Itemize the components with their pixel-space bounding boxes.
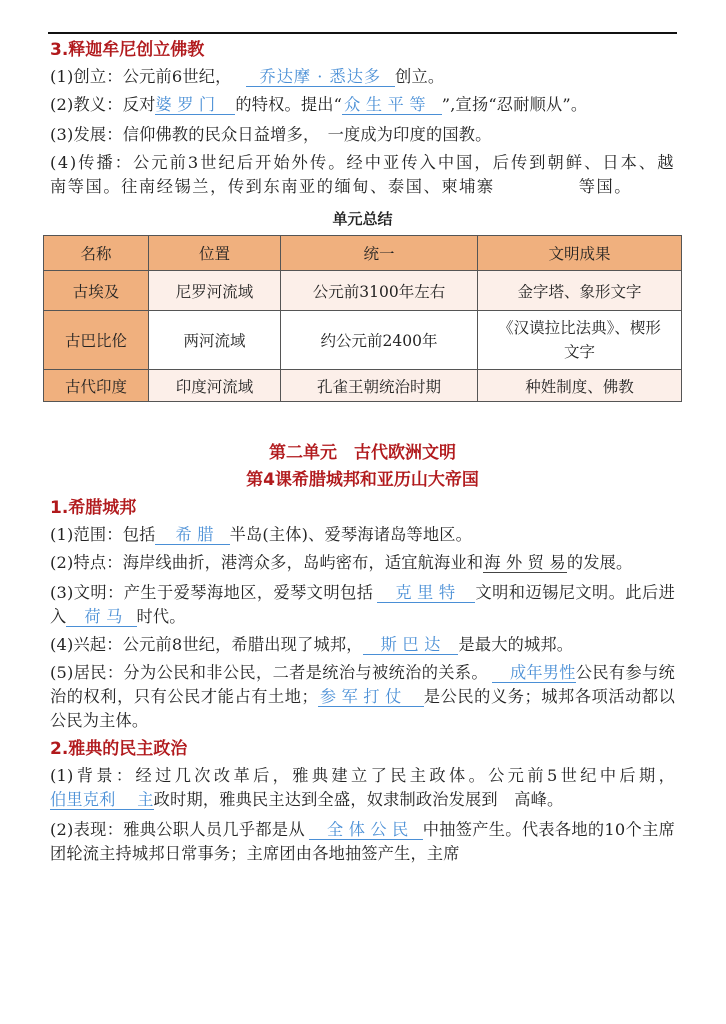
table-cell: 约公元前2400年 [281,311,478,370]
table-header-cell: 文明成果 [478,236,682,271]
item-civilization: (3)文明：产生于爱琴海地区，爱琴文明包括克 里 特文明和迈锡尼文明。此后进入荷… [50,581,675,629]
table-cell: 两河流域 [149,311,281,370]
answer-blank: 伯里克利 主 [50,790,154,810]
answer-blank: 婆 罗 门 [155,95,235,115]
table-row: 古巴比伦 两河流域 约公元前2400年 《汉谟拉比法典》、楔形文字 [44,311,682,370]
answer-blank: 众 生 平 等 [342,95,442,115]
answer-blank: 参 军 打 仗 [318,687,424,707]
summary-table-title: 单元总结 [50,209,675,229]
page-content: 3.释迦牟尼创立佛教 (1)创立：公元前6世纪，乔达摩 · 悉达多创立。 (2)… [50,36,675,870]
spacer [50,402,675,440]
answer-blank: 乔达摩 · 悉达多 [246,67,396,87]
item-expression: (2)表现：雅典公职人员几乎都是从全 体 公 民中抽签产生。代表各地的10个主席… [50,818,675,866]
answer-blank: 希 腊 [155,525,229,545]
section-heading-buddhism: 3.释迦牟尼创立佛教 [50,38,675,62]
table-header-cell: 统一 [281,236,478,271]
table-cell: 孔雀王朝统治时期 [281,370,478,402]
table-cell-name: 古代印度 [44,370,149,402]
table-header-cell: 位置 [149,236,281,271]
table-cell: 种姓制度、佛教 [478,370,682,402]
section-heading-athens-democracy: 2.雅典的民主政治 [50,737,675,761]
table-row: 古代印度 印度河流域 孔雀王朝统治时期 种姓制度、佛教 [44,370,682,402]
table-header-cell: 名称 [44,236,149,271]
summary-table: 名称 位置 统一 文明成果 古埃及 尼罗河流域 公元前3100年左右 金字塔、象… [43,235,682,402]
item-scope: (1)范围：包括希 腊半岛(主体)、爱琴海诸岛等地区。 [50,523,675,547]
answer-blank: 斯 巴 达 [363,635,459,655]
item-residents: (5)居民：分为公民和非公民，二者是统治与被统治的关系。成年男性公民有参与统治的… [50,661,675,733]
answer-blank: 克 里 特 [377,583,475,603]
item-doctrine: (2)教义：反对婆 罗 门的特权。提出“众 生 平 等”,宣扬“忍耐顺从”。 [50,93,675,117]
answer-blank: 成年男性 [492,663,576,683]
top-divider [48,32,677,34]
item-background: (1)背景：经过几次改革后，雅典建立了民主政体。公元前5世纪中后期，伯里克利 主… [50,764,675,812]
table-cell: 尼罗河流域 [149,271,281,311]
section-heading-greek-city-states: 1.希腊城邦 [50,496,675,520]
answer-blank: 全 体 公 民 [309,820,423,840]
table-cell: 金字塔、象形文字 [478,271,682,311]
item-features: (2)特点：海岸线曲折，港湾众多，岛屿密布，适宜航海业和海 外 贸 易的发展。 [50,551,675,575]
table-header-row: 名称 位置 统一 文明成果 [44,236,682,271]
item-spread: (4)传播：公元前3世纪后开始外传。经中亚传入中国，后传到朝鲜、日本、越南等国。… [50,151,675,199]
answer-blank: 荷 马 [66,607,136,627]
table-cell: 《汉谟拉比法典》、楔形文字 [478,311,682,370]
document-page: 3.释迦牟尼创立佛教 (1)创立：公元前6世纪，乔达摩 · 悉达多创立。 (2)… [0,0,726,1024]
item-rise: (4)兴起：公元前8世纪，希腊出现了城邦，斯 巴 达是最大的城邦。 [50,633,675,657]
item-founding: (1)创立：公元前6世纪，乔达摩 · 悉达多创立。 [50,65,675,89]
answer-blank: 海 外 贸 易 [483,553,567,573]
table-cell: 印度河流域 [149,370,281,402]
unit-title: 第二单元 古代欧洲文明 [50,440,675,467]
item-development: (3)发展：信仰佛教的民众日益增多， 一度成为印度的国教。 [50,123,675,147]
table-row: 古埃及 尼罗河流域 公元前3100年左右 金字塔、象形文字 [44,271,682,311]
table-cell: 公元前3100年左右 [281,271,478,311]
table-cell-name: 古埃及 [44,271,149,311]
table-cell-name: 古巴比伦 [44,311,149,370]
lesson-title: 第4课希腊城邦和亚历山大帝国 [50,467,675,494]
